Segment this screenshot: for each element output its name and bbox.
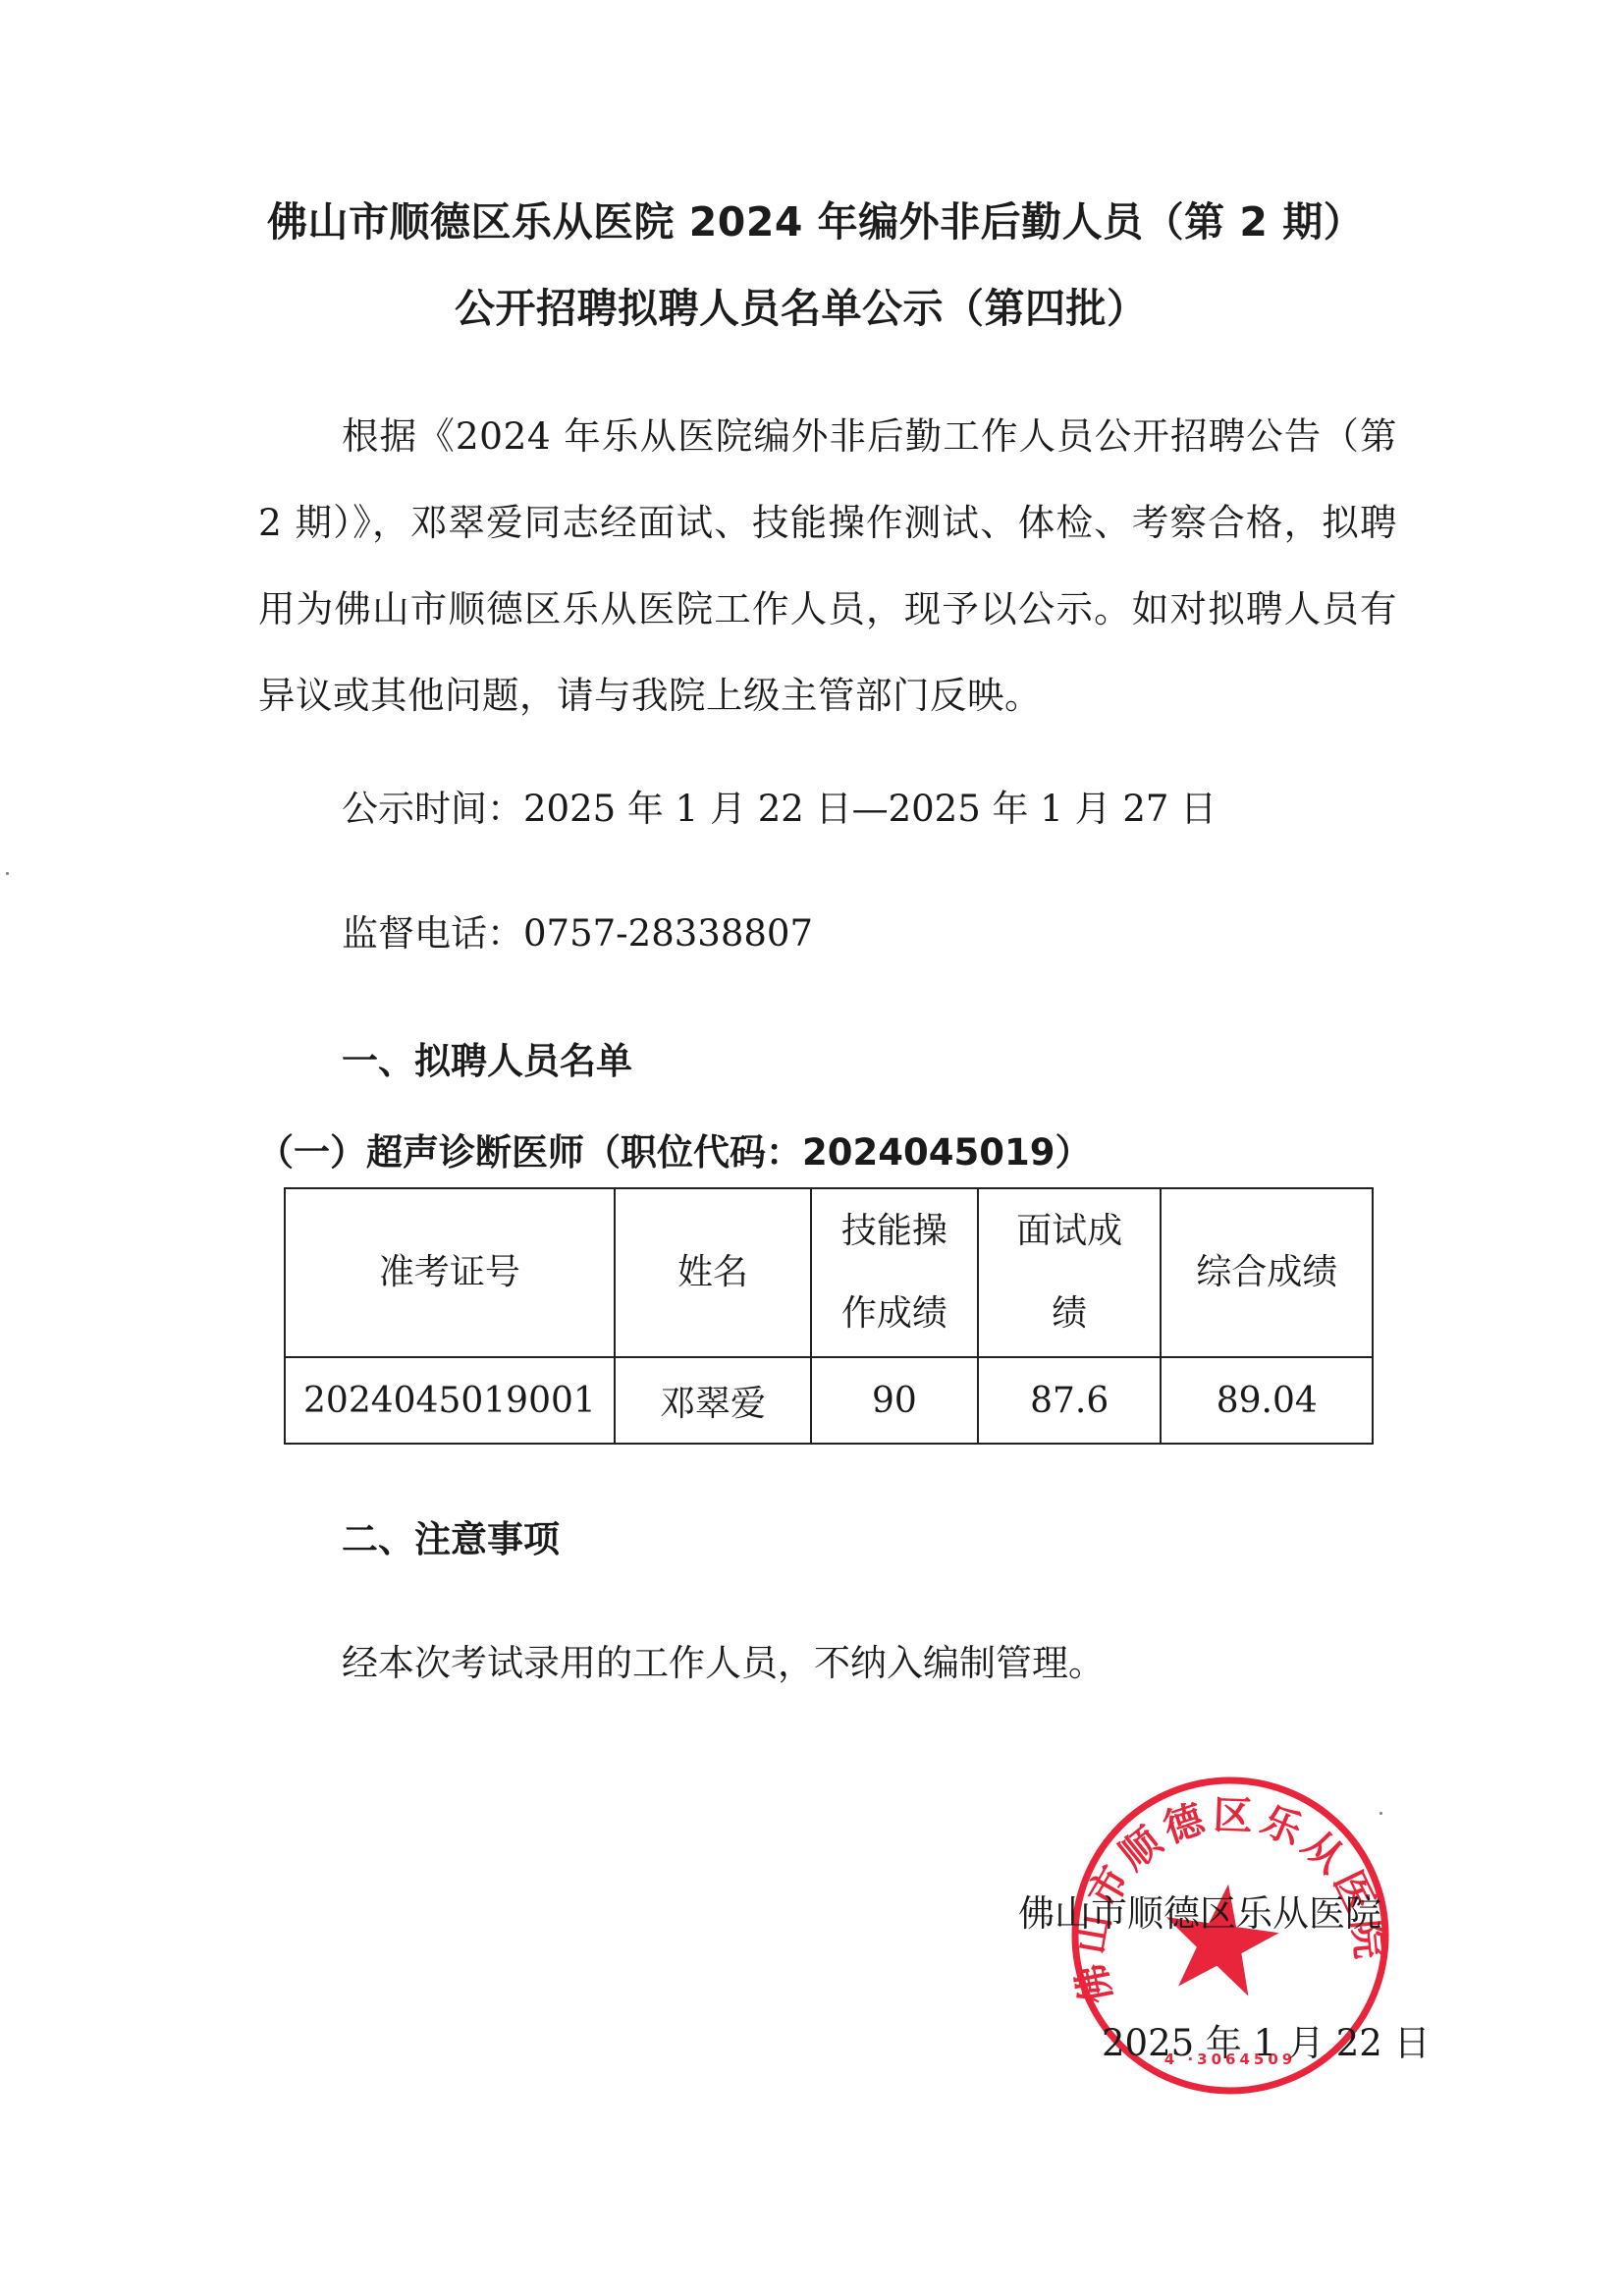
header-skill-score: 技能操作成绩 <box>811 1188 978 1357</box>
cell-skill-score: 90 <box>811 1357 978 1444</box>
intro-paragraph: 根据《2024 年乐从医院编外非后勤工作人员公开招聘公告（第 2 期）》，邓翠爱… <box>258 393 1397 738</box>
supervision-phone: 监督电话：0757-28338807 <box>342 891 813 977</box>
table-row: 2024045019001 邓翠爱 90 87.6 89.04 <box>285 1357 1373 1444</box>
header-label: 综合成绩 <box>1196 1252 1337 1292</box>
header-label: 姓名 <box>677 1252 748 1292</box>
cell-name: 邓翠爱 <box>615 1357 811 1444</box>
signature-date: 2025 年 1 月 22 日 <box>1102 2013 1431 2066</box>
header-name: 姓名 <box>615 1188 811 1357</box>
note-text: 经本次考试录用的工作人员，不纳入编制管理。 <box>342 1620 1105 1707</box>
document-title-line1: 佛山市顺德区乐从医院 2024 年编外非后勤人员（第 2 期） <box>267 190 1364 247</box>
subsection-heading-position: （一）超声诊断医师（职位代码：2024045019） <box>257 1122 1091 1175</box>
scan-speck <box>6 872 9 875</box>
scan-speck <box>1380 1812 1382 1815</box>
header-exam-id: 准考证号 <box>285 1188 615 1357</box>
candidate-score-table: 准考证号 姓名 技能操作成绩 面试成绩 综合成绩 2024045019001 邓… <box>284 1187 1374 1445</box>
header-interview-score: 面试成绩 <box>978 1188 1162 1357</box>
section-heading-notes: 二、注意事项 <box>342 1509 560 1562</box>
header-total-score: 综合成绩 <box>1161 1188 1373 1357</box>
header-label: 面试成绩 <box>1014 1190 1124 1355</box>
section-heading-candidates: 一、拟聘人员名单 <box>342 1031 632 1084</box>
announcement-period: 公示时间：2025 年 1 月 22 日—2025 年 1 月 27 日 <box>342 766 1217 852</box>
cell-exam-id: 2024045019001 <box>285 1357 615 1444</box>
header-label: 技能操作成绩 <box>839 1190 949 1355</box>
cell-total-score: 89.04 <box>1161 1357 1373 1444</box>
cell-interview-score: 87.6 <box>978 1357 1162 1444</box>
document-title-line2: 公开招聘拟聘人员名单公示（第四批） <box>455 276 1148 334</box>
table-header-row: 准考证号 姓名 技能操作成绩 面试成绩 综合成绩 <box>285 1188 1373 1357</box>
header-label: 准考证号 <box>379 1252 520 1292</box>
signature-organization: 佛山市顺德区乐从医院 <box>1018 1884 1381 1937</box>
